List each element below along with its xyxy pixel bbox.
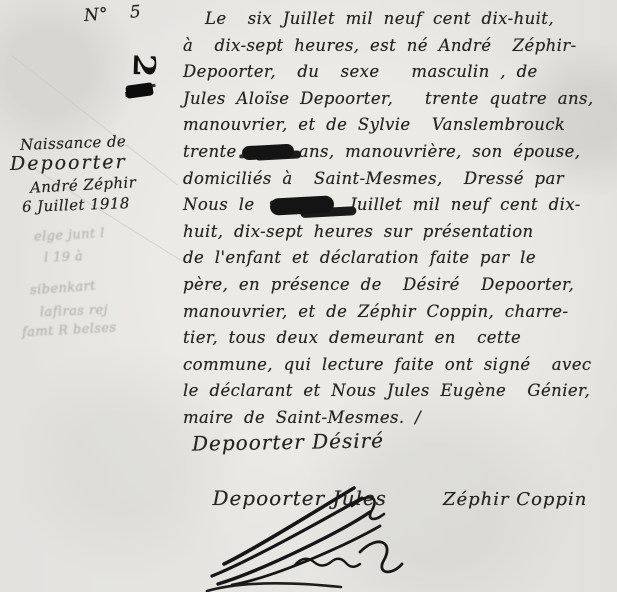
body-line-segment: Nous le	[183, 195, 265, 214]
record-number: N° 5	[83, 2, 141, 26]
ink-blot	[241, 144, 294, 161]
pencil-note: elge junt l	[34, 226, 105, 245]
body-line-segment: Juillet mil neuf cent dix-	[339, 195, 581, 214]
body-line-segment: trente	[183, 142, 237, 161]
scanned-birth-record: N° 5 2 Naissance de Depoorter André Zéph…	[0, 0, 617, 592]
stamp-number: 2	[126, 53, 162, 78]
margin-surname: Depoorter	[10, 151, 127, 175]
body-line: huit, dix-sept heures sur présentation	[183, 219, 615, 246]
body-line: le déclarant et Nous Jules Eugène Génier…	[183, 378, 615, 405]
next-line-cutoff-stroke	[205, 582, 345, 592]
ink-blot	[125, 82, 154, 99]
body-line: manouvrier, et de Zéphir Coppin, charre-	[183, 299, 615, 326]
body-line: Jules Aloïse Depoorter, trente quatre an…	[183, 86, 615, 113]
body-line: domiciliés à Saint-Mesmes, Dressé par	[183, 166, 615, 193]
pencil-note: famt R belses	[22, 321, 117, 341]
body-line: commune, qui lecture faite ont signé ave…	[183, 352, 615, 379]
body-line: manouvrier, et de Sylvie Vanslembrouck	[183, 112, 615, 139]
mayor-signature-flourish	[202, 486, 422, 586]
margin-date: 6 Juillet 1918	[22, 194, 130, 216]
body-line-with-blot: trenteans, manouvrière, son épouse,	[183, 139, 615, 166]
body-line: Depoorter, du sexe masculin , de	[183, 59, 615, 86]
body-line-with-blot: Nous le Juillet mil neuf cent dix-	[183, 192, 615, 219]
body-line: Le six Juillet mil neuf cent dix-huit,	[183, 6, 615, 33]
act-text: Le six Juillet mil neuf cent dix-huit, à…	[183, 6, 615, 432]
body-line-segment: ans, manouvrière, son épouse,	[299, 142, 581, 161]
ink-blot	[270, 195, 335, 215]
pencil-note: sibenkart	[30, 279, 97, 299]
body-line: maire de Saint-Mesmes. /	[183, 405, 615, 432]
pencil-note: lafiras rej	[40, 303, 108, 320]
pencil-note: l 19 à	[44, 249, 84, 265]
body-line: père, en présence de Désiré Depoorter,	[183, 272, 615, 299]
body-line: de l'enfant et déclaration faite par le	[183, 245, 615, 272]
body-line: tier, tous deux demeurant en cette	[183, 325, 615, 352]
body-line: à dix-sept heures, est né André Zéphir-	[183, 33, 615, 60]
signature-witness2: Zéphir Coppin	[443, 489, 587, 510]
signature-witness1: Depoorter Désiré	[192, 428, 384, 455]
